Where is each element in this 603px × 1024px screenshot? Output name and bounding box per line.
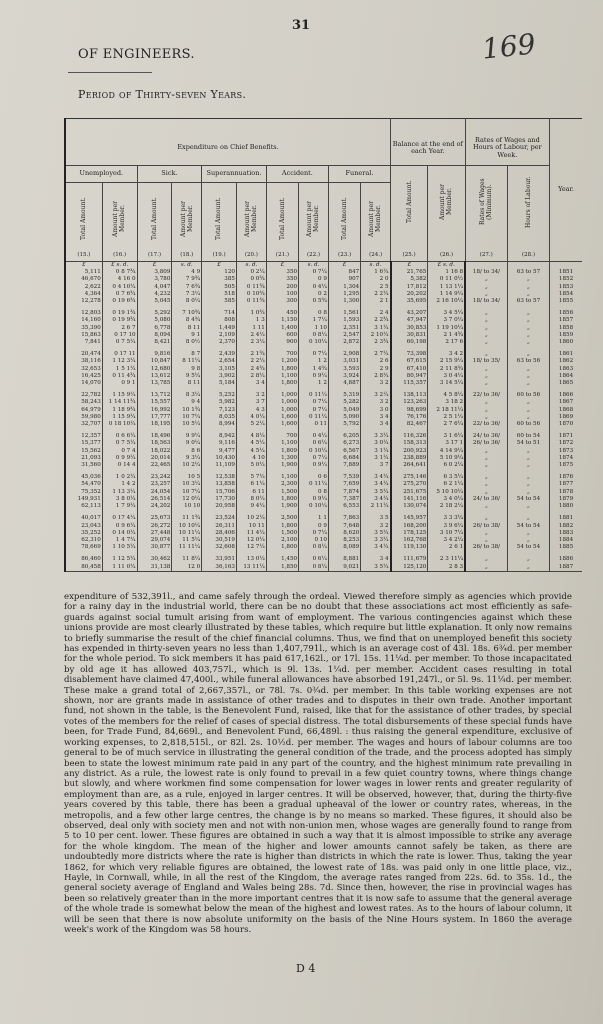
table-cell: 26,514 (137, 496, 172, 503)
table-cell: 16,992 (137, 407, 172, 414)
col-header-15: Total Amount.(15.) (65, 183, 102, 262)
year-header: Year. (550, 119, 582, 262)
table-cell: 6 2 1¼ (428, 481, 465, 488)
table-cell: 3 1¼ (361, 455, 391, 462)
table-row: 46,6704 16 03,7807 9¾3850 0¾3500 99072 0… (65, 276, 582, 283)
group-superannuation: Superannuation. (202, 166, 267, 183)
table-cell: 27,448 (137, 530, 172, 537)
table-cell: 350 (266, 269, 298, 276)
unit-cell: s. d. (172, 262, 202, 270)
table-cell: 23,242 (137, 474, 172, 481)
table-cell: 12,278 (65, 298, 102, 305)
expenditure-header: Expenditure on Chief Benefits. (65, 119, 391, 166)
table-cell: 3 10 7¼ (428, 530, 465, 537)
table-cell: 5,184 (202, 380, 237, 387)
table-cell: 14,070 (65, 380, 102, 387)
table-cell: „ (465, 332, 507, 339)
col-header-18: Amount per Member.(18.) (172, 183, 202, 262)
table-cell: 8 0¼ (236, 496, 266, 503)
table-cell: „ (465, 462, 507, 469)
year-cell: 1876 (550, 474, 582, 481)
table-cell: 13,858 (202, 481, 237, 488)
table-cell: 700 (266, 433, 298, 440)
year-cell: 1885 (550, 544, 582, 551)
table-cell: 10 2¼ (236, 515, 266, 522)
table-cell: 8,620 (328, 530, 360, 537)
table-cell: 80,947 (391, 373, 428, 380)
table-cell: 6 11 (236, 489, 266, 496)
table-cell: 350 (266, 276, 298, 283)
table-cell: 13,612 (137, 373, 172, 380)
table-cell: 67,410 (391, 366, 428, 373)
table-cell: 1,900 (266, 503, 298, 510)
table-cell: 2 9 (361, 366, 391, 373)
table-row: 2,6220 4 10¼4,0477 6¾5050 11¾2000 4¼1,30… (65, 284, 582, 291)
table-cell: 8,942 (202, 433, 237, 440)
table-cell: 23,043 (65, 523, 102, 530)
table-cell: 60 to 56 (507, 392, 549, 399)
table-cell: „ (465, 339, 507, 346)
table-row: 58,2431 14 11¾15,5579 45,9823 71,0000 7¼… (65, 399, 582, 406)
table-cell: 13 11¼ (236, 564, 266, 572)
table-cell: „ (507, 276, 549, 283)
table-row: 38,1161 12 3¼10,8478 11¼2,6542 2¼1,2001 … (65, 358, 582, 365)
table-cell: 7,387 (328, 496, 360, 503)
table-cell: 162,768 (391, 537, 428, 544)
table-cell: 2,622 (65, 284, 102, 291)
table-row: 54,4701 4 223,25710 3¼13,8586 1¼2,3000 1… (65, 481, 582, 488)
table-cell: „ (465, 317, 507, 324)
unit-cell: £ (137, 262, 172, 270)
table-cell: 54 to 54 (507, 544, 549, 551)
col-header-16: Amount per Member.(16.) (102, 183, 137, 262)
page-number: 31 (292, 18, 310, 33)
table-cell: 59,980 (65, 414, 102, 421)
year-cell: 1878 (550, 489, 582, 496)
table-cell: 26/ to 38/ (465, 544, 507, 551)
table-cell: „ (507, 339, 549, 346)
table-cell: 8,094 (137, 332, 172, 339)
table-cell: 6,684 (328, 455, 360, 462)
table-cell: 7,648 (328, 523, 360, 530)
table-cell: 3 2¼ (361, 392, 391, 399)
table-cell: 20,958 (202, 503, 237, 510)
table-cell: 13,785 (137, 380, 172, 387)
table-row: 5,1110 8 7¾3,8094 91200 2¼3500 7¼8471 6¼… (65, 269, 582, 276)
table-cell: 7,874 (328, 489, 360, 496)
table-cell: 1,900 (266, 462, 298, 469)
table-cell: 0 7 5¼ (102, 440, 137, 447)
year-cell: 1877 (550, 481, 582, 488)
table-cell: 3,902 (202, 373, 237, 380)
table-cell: 178,125 (391, 530, 428, 537)
table-cell: 200,923 (391, 448, 428, 455)
table-row: 15,3770 7 5¼18,5639 0¼9,1164 5¼1,1000 6¼… (65, 440, 582, 447)
table-cell: 30,519 (202, 537, 237, 544)
table-cell: 1,295 (328, 291, 360, 298)
signature-mark: D 4 (296, 962, 315, 975)
table-cell: 38,116 (65, 358, 102, 365)
table-cell: „ (465, 556, 507, 563)
table-cell: 3,809 (137, 269, 172, 276)
table-cell: 11 11¼ (172, 544, 202, 551)
table-cell: 2 11 8¾ (428, 366, 465, 373)
table-cell: 125,120 (391, 564, 428, 572)
table-cell: 2 18 11¼ (428, 407, 465, 414)
table-cell: 4,364 (65, 291, 102, 298)
col-header-19: Total Amount.(19.) (202, 183, 237, 262)
table-cell: 3 2 (236, 392, 266, 399)
table-cell: 6,273 (328, 440, 360, 447)
table-cell: 3,593 (328, 366, 360, 373)
table-cell: 1,850 (266, 564, 298, 572)
table-cell: 0 7¼ (299, 455, 329, 462)
table-cell: 1,600 (266, 421, 298, 428)
year-cell: 1861 (550, 351, 582, 358)
table-cell: 12 0 (172, 564, 202, 572)
table-cell: 3 7 (361, 462, 391, 469)
table-cell: 30,462 (137, 556, 172, 563)
table-cell: 3 1 6¼ (428, 433, 465, 440)
table-cell: 24,054 (137, 489, 172, 496)
table-cell: 714 (202, 310, 237, 317)
col-header-26: Amount per Member.(26.) (428, 166, 465, 262)
table-cell: 1,809 (266, 448, 298, 455)
table-cell: 3 4 2¼ (428, 537, 465, 544)
table-cell: 0 7 5¼ (102, 339, 137, 346)
table-cell: 2,500 (266, 515, 298, 522)
table-cell: 2 10¼ (361, 332, 391, 339)
col-header-27: Rates of Wages (Minimum).(27.) (465, 166, 507, 262)
col-header-24: Amount per Member.(24.) (361, 183, 391, 262)
table-cell: 0 19 9¾ (102, 317, 137, 324)
table-cell: 141,116 (391, 496, 428, 503)
table-row: 62,1131 7 9¼24,20210 1020,9589 4¼1,9000 … (65, 503, 582, 510)
table-cell: 1,300 (328, 298, 360, 305)
table-cell: 6,205 (328, 433, 360, 440)
table-cell: 1 2 (299, 358, 329, 365)
table-cell: 6,567 (328, 448, 360, 455)
table-cell: 2 18 2¼ (428, 503, 465, 510)
table-cell: 1 0 2¼ (102, 474, 137, 481)
table-cell: 2 8 3 (428, 564, 465, 572)
table-cell: 2 6 7 (102, 325, 137, 332)
table-cell: 5,282 (328, 399, 360, 406)
table-cell: „ (507, 291, 549, 298)
table-cell: 3 4 (236, 380, 266, 387)
table-cell: 0 7 6¾ (102, 291, 137, 298)
table-cell: 9,021 (328, 564, 360, 572)
table-cell: 0 7 4 (102, 448, 137, 455)
table-cell: 2 4¼ (236, 332, 266, 339)
table-cell: 0 9¼ (299, 462, 329, 469)
table-cell: 1 12 5¼ (102, 556, 137, 563)
unit-cell (550, 262, 582, 270)
table-cell: 1,150 (266, 317, 298, 324)
table-cell: 1,800 (266, 523, 298, 530)
table-cell: „ (507, 515, 549, 522)
table-cell: 9 4¼ (236, 503, 266, 510)
col-header-21: Total Amount.(21.) (266, 183, 298, 262)
table-cell: 36,163 (202, 564, 237, 572)
table-cell: 0 8¼ (299, 564, 329, 572)
table-cell: 0 6¼ (299, 556, 329, 563)
table-cell: 2,439 (202, 351, 237, 358)
table-cell: „ (507, 455, 549, 462)
table-cell: 4 3 (236, 407, 266, 414)
section-title: Period of Thirty-seven Years. (78, 88, 246, 101)
year-cell: 1873 (550, 448, 582, 455)
table-cell: 3 7 0¼ (428, 317, 465, 324)
table-cell: 1 18 9¾ (102, 407, 137, 414)
year-cell: 1880 (550, 503, 582, 510)
table-cell: 9 3¼ (172, 455, 202, 462)
table-cell: 2,300 (266, 481, 298, 488)
table-cell: „ (465, 284, 507, 291)
table-cell: 32,608 (202, 544, 237, 551)
year-cell: 1875 (550, 462, 582, 469)
table-cell: 13 0¼ (236, 556, 266, 563)
table-cell: 15,557 (137, 399, 172, 406)
table-cell: 145,957 (391, 515, 428, 522)
table-cell: 12,357 (65, 433, 102, 440)
table-cell: 0 7¼ (299, 407, 329, 414)
table-cell: 3 7 (236, 399, 266, 406)
table-cell: 3 14 5¼ (428, 380, 465, 387)
table-cell: 10 5¼ (172, 421, 202, 428)
year-cell: 1886 (550, 556, 582, 563)
table-cell: 0 9 9¼ (102, 455, 137, 462)
table-cell: 3,031 (328, 358, 360, 365)
table-cell: 0 14 4 (102, 462, 137, 469)
table-cell: 2 0 (361, 276, 391, 283)
table-cell: 73,398 (391, 351, 428, 358)
table-row: 75,3521 13 3¼24,05410 7¼15,7066 111,5000… (65, 489, 582, 496)
table-cell: 4,047 (137, 284, 172, 291)
table-cell: 385 (202, 276, 237, 283)
table-cell: 2 5 (361, 284, 391, 291)
table-cell: 9 5¼ (172, 373, 202, 380)
table-cell: 0 5¾ (299, 298, 329, 305)
table-cell: 17,777 (137, 414, 172, 421)
table-cell: 3 5 (361, 515, 391, 522)
table-cell: 1 0¾ (236, 310, 266, 317)
table-cell: „ (465, 564, 507, 572)
table-cell: 1 2 (299, 380, 329, 387)
table-cell: 10 2¼ (172, 462, 202, 469)
table-cell: 10,430 (202, 455, 237, 462)
table-cell: 2 8¼ (361, 373, 391, 380)
table-cell: 10 11¼ (172, 530, 202, 537)
table-cell: „ (465, 366, 507, 373)
table-cell: 1 10 (299, 325, 329, 332)
table-row: 21,0930 9 9¼20,0149 3¼10,4304 101,3000 7… (65, 455, 582, 462)
table-cell: 2,654 (202, 358, 237, 365)
table-cell: 238,889 (391, 455, 428, 462)
table-cell: 1,449 (202, 325, 237, 332)
table-cell: 8 0¼ (172, 298, 202, 305)
unit-cell: £ (202, 262, 237, 270)
table-cell: 808 (202, 317, 237, 324)
table-cell: 130,074 (391, 503, 428, 510)
table-cell: 1,500 (266, 530, 298, 537)
table-cell: 14,160 (65, 317, 102, 324)
table-cell: 2 3 11¼ (428, 556, 465, 563)
table-cell: 22/ to 36/ (465, 421, 507, 428)
table-cell: 40,017 (65, 515, 102, 522)
table-cell: 12,680 (137, 366, 172, 373)
table-cell: 35,695 (391, 298, 428, 305)
table-cell: 62,113 (65, 503, 102, 510)
table-cell: 43,207 (391, 310, 428, 317)
year-cell: 1884 (550, 537, 582, 544)
table-row: 32,6531 5 1¼12,6809 83,1052 4¾1,8001 4¾3… (65, 366, 582, 373)
unit-cell: £ (266, 262, 298, 270)
table-cell: 1,800 (266, 380, 298, 387)
table-cell: 149,931 (65, 496, 102, 503)
table-cell: „ (507, 325, 549, 332)
table-cell: 450 (266, 310, 298, 317)
table-cell: 8 6 (172, 448, 202, 455)
table-cell: 2,872 (328, 339, 360, 346)
table-cell: 21,765 (391, 269, 428, 276)
table-cell: 11 1¾ (172, 515, 202, 522)
year-cell: 1871 (550, 433, 582, 440)
table-cell: 2 3¾ (361, 339, 391, 346)
table-row: 16,4250 11 4¾13,6129 5¼3,9022 8¼1,1000 9… (65, 373, 582, 380)
table-cell: „ (465, 537, 507, 544)
table-cell: 20,474 (65, 351, 102, 358)
table-cell: 3 9 6¼ (428, 523, 465, 530)
table-cell: 4 5¼ (236, 440, 266, 447)
table-cell: 2,370 (202, 339, 237, 346)
table-cell: 2,109 (202, 332, 237, 339)
table-cell: „ (465, 489, 507, 496)
unit-cell: £ (391, 262, 428, 270)
table-row: 15,8630 17 108,0949 12,1092 4¼6000 8¼2,5… (65, 332, 582, 339)
table-cell: 1 14 9¼ (428, 291, 465, 298)
table-cell: 9 4 (172, 399, 202, 406)
year-cell: 1867 (550, 399, 582, 406)
table-cell: 1 3 (236, 317, 266, 324)
table-cell: 12,538 (202, 474, 237, 481)
table-row: 23,0430 9 6¼26,27210 10¼26,31110 111,800… (65, 523, 582, 530)
table-cell: 2 16 10¼ (428, 298, 465, 305)
table-cell: 0 11 4¾ (102, 373, 137, 380)
table-cell: 3 2 (361, 380, 391, 387)
table-row: 40,0170 17 4¼25,67311 1¾23,52410 2¼2,500… (65, 515, 582, 522)
table-cell: „ (465, 530, 507, 537)
table-cell: 505 (202, 284, 237, 291)
table-cell: 58,243 (65, 399, 102, 406)
table-cell: 1,593 (328, 317, 360, 324)
table-cell: „ (507, 407, 549, 414)
year-cell: 1874 (550, 455, 582, 462)
table-cell: 15,863 (65, 332, 102, 339)
table-cell: „ (507, 310, 549, 317)
table-cell: 10 10¼ (172, 523, 202, 530)
table-cell: 1 4 2 (102, 481, 137, 488)
table-cell: 168,200 (391, 523, 428, 530)
group-unemployed: Unemployed. (65, 166, 137, 183)
table-cell: 2 7¼ (361, 351, 391, 358)
table-cell: 2,908 (328, 351, 360, 358)
table-cell: 22,465 (137, 462, 172, 469)
table-cell: 0 10¾ (236, 291, 266, 298)
table-cell: 98,699 (391, 407, 428, 414)
table-cell: 10 11 (236, 523, 266, 530)
table-cell: 3 5¼ (361, 489, 391, 496)
table-row: 4,3640 7 6¾4,2327 3¼5180 10¾1000 21,2952… (65, 291, 582, 298)
table-cell: 3 2 (361, 523, 391, 530)
table-cell: 0 10¼ (299, 448, 329, 455)
table-cell: 5 10 10¼ (428, 489, 465, 496)
table-cell: 30,853 (391, 325, 428, 332)
unit-cell: £ (65, 262, 102, 270)
table-cell: 60 to 56 (507, 421, 549, 428)
year-cell: 1868 (550, 407, 582, 414)
table-cell: 5,792 (328, 421, 360, 428)
group-funeral: Funeral. (328, 166, 390, 183)
table-cell: „ (465, 325, 507, 332)
col-header-23: Total Amount.(23.) (328, 183, 360, 262)
year-cell: 1851 (550, 269, 582, 276)
table-cell: 60 to 54 (507, 433, 549, 440)
table-cell: 119,130 (391, 544, 428, 551)
unit-cell (465, 262, 507, 270)
year-cell: 1863 (550, 366, 582, 373)
table-cell: 2,100 (266, 537, 298, 544)
table-cell: 0 11¾ (236, 298, 266, 305)
year-cell: 1855 (550, 298, 582, 305)
table-cell: 0 6¼ (299, 440, 329, 447)
table-cell: 3 18 2 (428, 399, 465, 406)
col-header-17: Total Amount.(17.) (137, 183, 172, 262)
table-cell: 47,947 (391, 317, 428, 324)
table-cell: 8,253 (328, 537, 360, 544)
table-cell: 5,252 (202, 392, 237, 399)
table-cell: 1 12 3¼ (102, 358, 137, 365)
table-cell: 1 11 (236, 325, 266, 332)
table-cell: 31,138 (137, 564, 172, 572)
handwritten-annotation: 169 (480, 27, 537, 65)
table-cell: 9,816 (137, 351, 172, 358)
table-cell: 1 7¼ (299, 317, 329, 324)
table-cell: „ (507, 474, 549, 481)
table-body: ££ s. d.£s. d.£s. d.£s. d.£s. d.££ s. d.… (65, 262, 582, 572)
table-cell: 20,014 (137, 455, 172, 462)
table-cell: 3,924 (328, 373, 360, 380)
group-sick: Sick. (137, 166, 202, 183)
table-cell: „ (465, 481, 507, 488)
table-cell: 10,847 (137, 358, 172, 365)
table-cell: 8,089 (328, 544, 360, 551)
table-cell: 5,382 (391, 276, 428, 283)
table-row: 31,5600 14 422,46510 2¼11,1095 0¼1,9000 … (65, 462, 582, 469)
table-cell: 0 17 4¼ (102, 515, 137, 522)
table-cell: 24/ to 36/ (465, 433, 507, 440)
table-cell: „ (507, 351, 549, 358)
table-cell: „ (507, 564, 549, 572)
table-cell: 3 0 4¼ (428, 373, 465, 380)
table-cell: 24,202 (137, 503, 172, 510)
table-cell: 45,036 (65, 474, 102, 481)
table-cell: 32,707 (65, 421, 102, 428)
table-cell: 3 4 0¼ (428, 496, 465, 503)
table-cell: 0 9¼ (299, 496, 329, 503)
table-cell: 12,803 (65, 310, 102, 317)
table-cell: 76,176 (391, 414, 428, 421)
